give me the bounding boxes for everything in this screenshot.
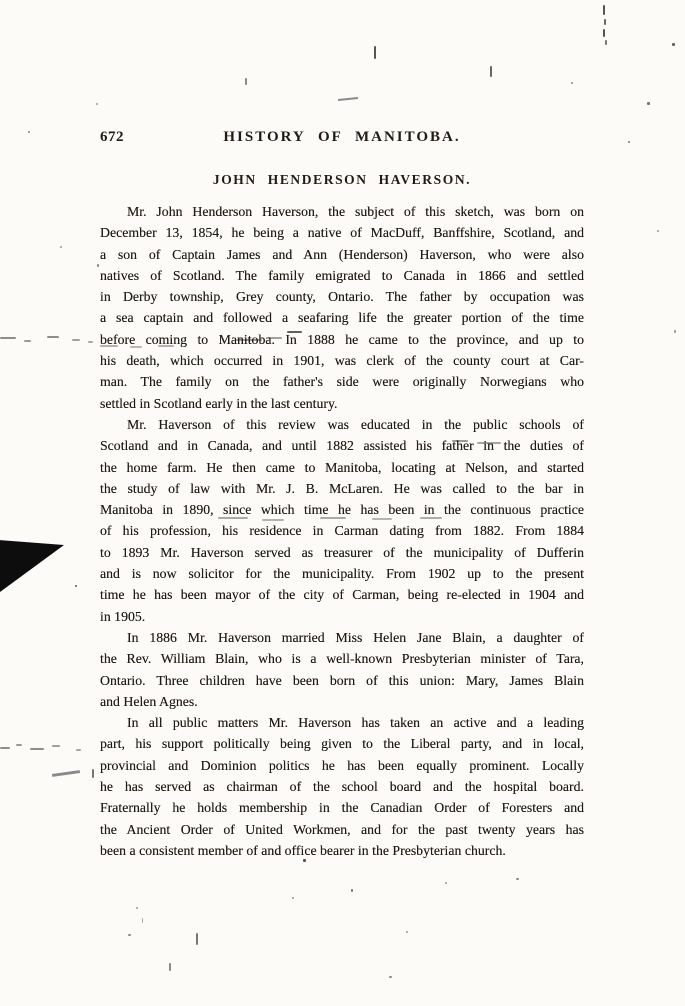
scan-dot-mark xyxy=(647,102,650,105)
scan-dot-mark xyxy=(136,907,138,909)
text-line: Ontario. Three children have been born o… xyxy=(100,670,584,691)
paragraph: Mr. Haverson of this review was educated… xyxy=(100,414,584,627)
scan-squiggle-mark xyxy=(52,770,80,777)
scan-tick-mark xyxy=(92,769,94,778)
scanned-page: 672 HISTORY OF MANITOBA. JOHN HENDERSON … xyxy=(0,0,685,1006)
text-line: in Derby township, Grey county, Ontario.… xyxy=(100,286,584,307)
scan-dot-mark xyxy=(674,330,676,333)
scan-dash-mark xyxy=(0,747,10,749)
page-header: 672 HISTORY OF MANITOBA. xyxy=(100,129,584,147)
scan-dash-mark xyxy=(88,341,93,343)
text-line: Mr. Haverson of this review was educated… xyxy=(100,414,584,435)
text-line: the Rev. William Blain, who is a well-kn… xyxy=(100,648,584,669)
scan-dash-mark xyxy=(72,339,80,341)
paragraph: In all public matters Mr. Haverson has t… xyxy=(100,712,584,861)
text-line: settled in Scotland early in the last ce… xyxy=(100,393,584,414)
text-line: natives of Scotland. The family emigrate… xyxy=(100,265,584,286)
scan-dot-mark xyxy=(75,585,77,587)
scan-dash-mark xyxy=(16,744,22,746)
paragraph: In 1886 Mr. Haverson married Miss Helen … xyxy=(100,627,584,712)
page-text-block: 672 HISTORY OF MANITOBA. JOHN HENDERSON … xyxy=(100,129,584,861)
scan-dash-mark xyxy=(52,745,60,747)
text-line: of his profession, his residence in Carm… xyxy=(100,520,584,541)
scan-dash-mark xyxy=(30,748,44,750)
text-line: a sea captain and followed a seafaring l… xyxy=(100,307,584,328)
scan-dot-mark xyxy=(28,131,30,133)
text-line: in 1905. xyxy=(100,606,584,627)
text-line: Scotland and in Canada, and until 1882 a… xyxy=(100,435,584,456)
scan-dash-mark xyxy=(0,337,16,339)
scan-wedge-mark xyxy=(0,538,64,592)
scan-dot-mark xyxy=(351,889,353,892)
scan-squiggle-mark xyxy=(338,97,358,101)
scan-dash-mark xyxy=(47,336,59,338)
scan-dot-mark xyxy=(128,934,131,936)
scan-dot-mark xyxy=(97,264,99,267)
scan-dot-mark xyxy=(406,931,408,933)
text-line: provincial and Dominion politics he has … xyxy=(100,755,584,776)
scan-dot-mark xyxy=(60,246,62,248)
text-line: Manitoba in 1890, since which time he ha… xyxy=(100,499,584,520)
text-line: the Ancient Order of United Workmen, and… xyxy=(100,819,584,840)
text-line: before coming to Manitoba. In 1888 he ca… xyxy=(100,329,584,350)
text-line: part, his support politically being give… xyxy=(100,733,584,754)
scan-tick-mark xyxy=(603,5,605,15)
text-line: man. The family on the father's side wer… xyxy=(100,371,584,392)
scan-dash-mark xyxy=(76,749,81,751)
scan-dot-mark xyxy=(389,976,392,978)
article-title: JOHN HENDERSON HAVERSON. xyxy=(100,172,584,188)
scan-dot-mark xyxy=(672,43,675,46)
text-line: time he has been mayor of the city of Ca… xyxy=(100,584,584,605)
scan-dot-mark xyxy=(96,103,98,105)
text-line: a son of Captain James and Ann (Henderso… xyxy=(100,244,584,265)
scan-dot-mark xyxy=(292,897,294,899)
scan-dot-mark xyxy=(516,878,519,880)
scan-dash-mark xyxy=(24,340,31,342)
paragraph: Mr. John Henderson Haverson, the subject… xyxy=(100,201,584,414)
text-line: and Helen Agnes. xyxy=(100,691,584,712)
scan-tick-mark xyxy=(142,918,143,923)
scan-dot-mark xyxy=(571,82,573,84)
text-line: December 13, 1854, he being a native of … xyxy=(100,222,584,243)
text-line: his death, which occurred in 1901, was c… xyxy=(100,350,584,371)
text-line: In all public matters Mr. Haverson has t… xyxy=(100,712,584,733)
article-body: Mr. John Henderson Haverson, the subject… xyxy=(100,201,584,861)
text-line: Fraternally he holds membership in the C… xyxy=(100,797,584,818)
text-line: been a consistent member of and office b… xyxy=(100,840,584,861)
text-line: the study of law with Mr. J. B. McLaren.… xyxy=(100,478,584,499)
scan-dot-mark xyxy=(445,882,447,884)
text-line: the home farm. He then came to Manitoba,… xyxy=(100,457,584,478)
scan-tick-mark xyxy=(605,40,607,45)
text-line: to 1893 Mr. Haverson served as treasurer… xyxy=(100,542,584,563)
text-line: and is now solicitor for the municipalit… xyxy=(100,563,584,584)
text-line: Mr. John Henderson Haverson, the subject… xyxy=(100,201,584,222)
scan-tick-mark xyxy=(604,19,606,25)
scan-tick-mark xyxy=(169,963,171,971)
scan-dot-mark xyxy=(628,141,630,143)
scan-tick-mark xyxy=(196,933,198,945)
scan-tick-mark xyxy=(490,66,492,77)
running-head-title: HISTORY OF MANITOBA. xyxy=(100,129,584,146)
scan-tick-mark xyxy=(603,29,605,37)
text-line: In 1886 Mr. Haverson married Miss Helen … xyxy=(100,627,584,648)
text-line: he has served as chairman of the school … xyxy=(100,776,584,797)
scan-tick-mark xyxy=(374,46,376,59)
scan-dot-mark xyxy=(657,230,659,232)
scan-tick-mark xyxy=(245,78,247,85)
